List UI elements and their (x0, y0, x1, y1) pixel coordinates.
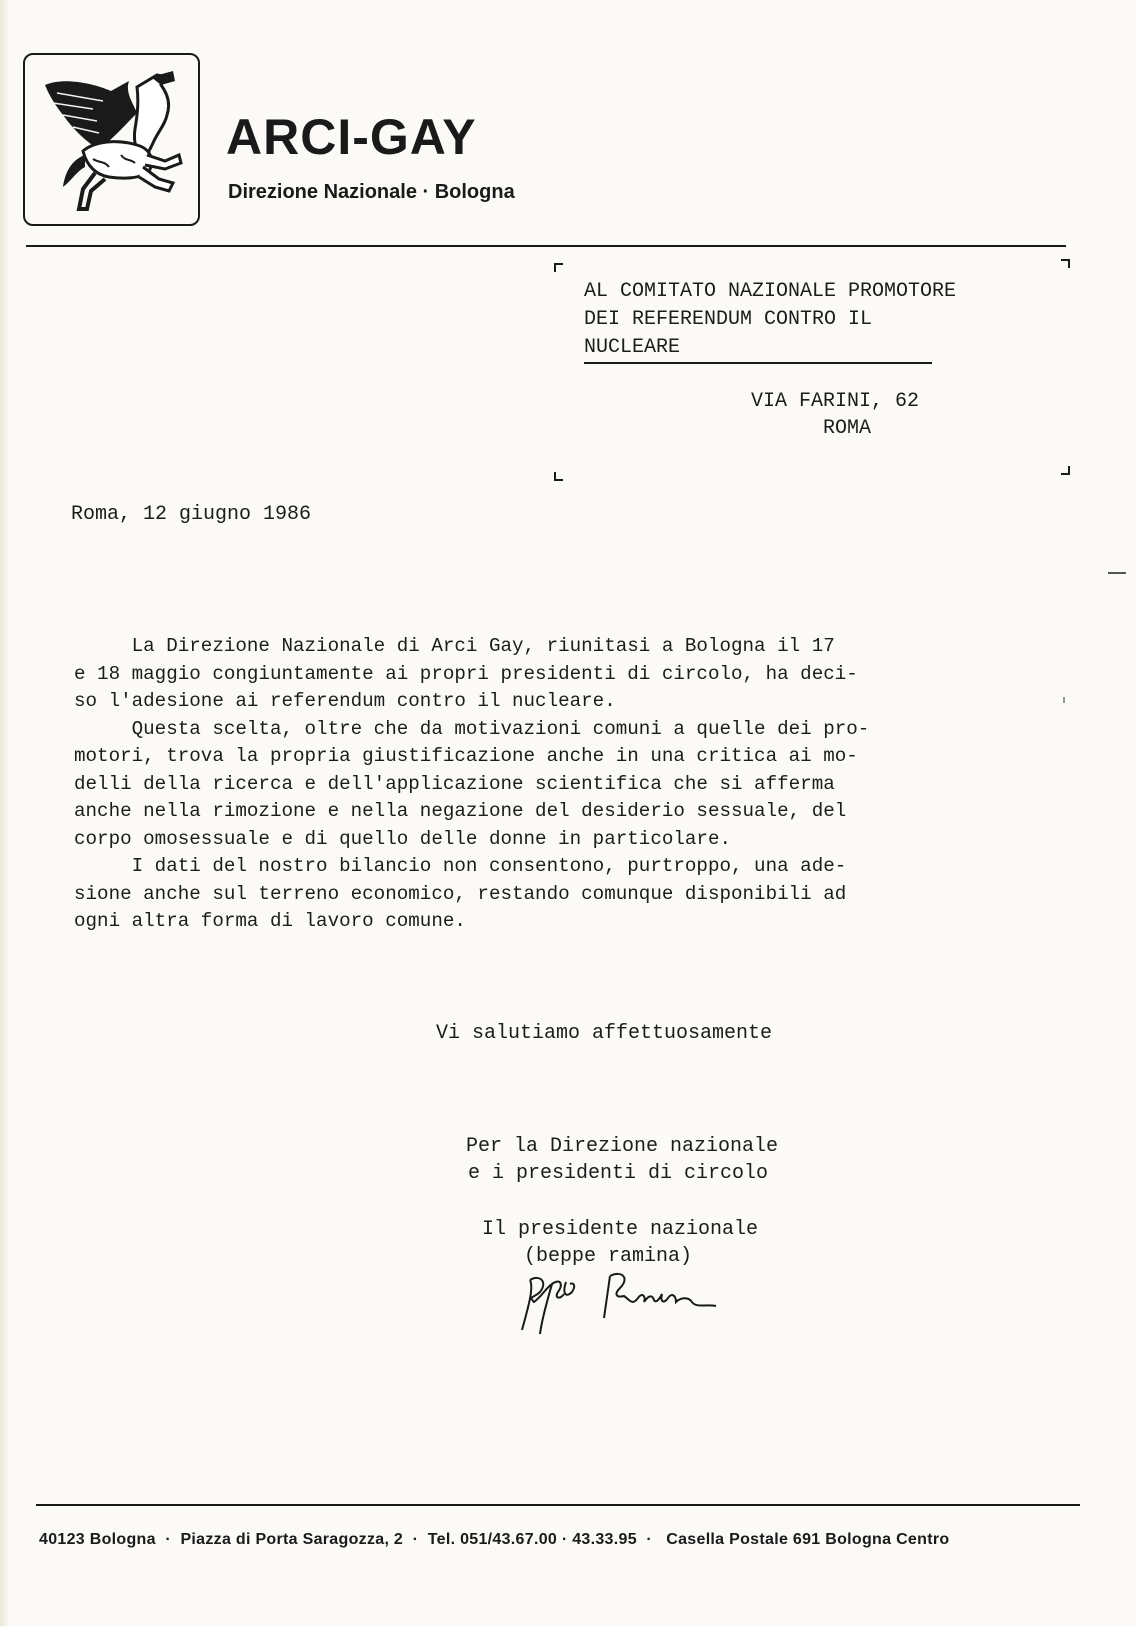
closing-salutation: Vi salutiamo affettuosamente (436, 1022, 772, 1045)
scan-page-edge (0, 0, 10, 1626)
recipient-line: NUCLEARE (584, 334, 932, 364)
window-corner-mark (1061, 466, 1070, 475)
recipient-city: ROMA (751, 415, 919, 442)
recipient-block: AL COMITATO NAZIONALE PROMOTORE DEI REFE… (584, 278, 956, 364)
body-line: sione anche sul terreno economico, resta… (74, 883, 846, 905)
letterhead-divider (26, 245, 1066, 247)
body-line: La Direzione Nazionale di Arci Gay, riun… (74, 635, 835, 657)
handwritten-signature-icon (520, 1268, 730, 1338)
window-corner-mark (554, 472, 563, 481)
body-line: delli della ricerca e dell'applicazione … (74, 773, 835, 795)
recipient-line: DEI REFERENDUM CONTRO IL (584, 308, 872, 331)
recipient-line: AL COMITATO NAZIONALE PROMOTORE (584, 280, 956, 303)
body-line: Questa scelta, oltre che da motivazioni … (74, 718, 869, 740)
recipient-street: VIA FARINI, 62 (751, 390, 919, 413)
pegasus-icon (33, 63, 191, 218)
window-corner-mark (1061, 259, 1070, 268)
body-line: I dati del nostro bilancio non consenton… (74, 855, 846, 877)
on-behalf-block: Per la Direzione nazionale e i president… (466, 1133, 778, 1187)
organization-subtitle: Direzione Nazionale · Bologna (228, 181, 515, 204)
signatory-title: Il presidente nazionale (482, 1218, 758, 1241)
organization-name: ARCI-GAY (226, 108, 477, 166)
on-behalf-line: Per la Direzione nazionale (466, 1135, 778, 1158)
body-line: ogni altra forma di lavoro comune. (74, 910, 466, 932)
body-line: e 18 maggio congiuntamente ai propri pre… (74, 663, 858, 685)
letter-date: Roma, 12 giugno 1986 (71, 503, 311, 526)
scan-artifact (1108, 572, 1126, 574)
body-line: motori, trova la propria giustificazione… (74, 745, 858, 767)
footer-divider (36, 1504, 1080, 1506)
signatory-block: Il presidente nazionale (beppe ramina) (482, 1216, 758, 1270)
body-line: so l'adesione ai referendum contro il nu… (74, 690, 616, 712)
window-corner-mark (554, 263, 563, 272)
footer-contact: 40123 Bologna · Piazza di Porta Saragozz… (39, 1531, 949, 1549)
on-behalf-line: e i presidenti di circolo (466, 1160, 778, 1187)
scan-artifact (1063, 697, 1065, 703)
body-line: anche nella rimozione e nella negazione … (74, 800, 846, 822)
signatory-name: (beppe ramina) (482, 1243, 758, 1270)
recipient-address: VIA FARINI, 62 ROMA (751, 388, 919, 442)
logo (23, 53, 200, 226)
letter-body: La Direzione Nazionale di Arci Gay, riun… (74, 633, 869, 936)
body-line: corpo omosessuale e di quello delle donn… (74, 828, 731, 850)
